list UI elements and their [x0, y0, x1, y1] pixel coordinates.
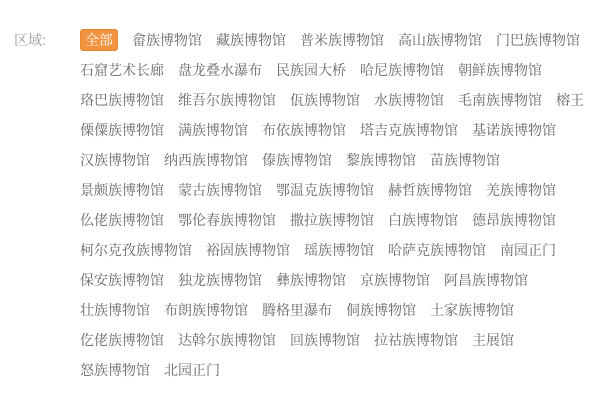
- filter-option[interactable]: 畲族博物馆: [132, 25, 202, 55]
- filter-option[interactable]: 裕固族博物馆: [206, 235, 290, 265]
- filter-option[interactable]: 布朗族博物馆: [164, 295, 248, 325]
- filter-option[interactable]: 独龙族博物馆: [178, 265, 262, 295]
- filter-option[interactable]: 哈尼族博物馆: [360, 55, 444, 85]
- filter-option[interactable]: 榕王: [556, 85, 584, 115]
- filter-option[interactable]: 拉祜族博物馆: [374, 325, 458, 355]
- filter-option[interactable]: 石窟艺术长廊: [80, 55, 164, 85]
- filter-option[interactable]: 水族博物馆: [374, 85, 444, 115]
- filter-option[interactable]: 南园正门: [500, 235, 556, 265]
- filter-option[interactable]: 侗族博物馆: [346, 295, 416, 325]
- region-filter-options: 全部畲族博物馆藏族博物馆普米族博物馆高山族博物馆门巴族博物馆石窟艺术长廊盘龙叠水…: [80, 25, 600, 385]
- filter-option[interactable]: 盘龙叠水瀑布: [178, 55, 262, 85]
- filter-option[interactable]: 柯尔克孜族博物馆: [80, 235, 192, 265]
- filter-option[interactable]: 彝族博物馆: [276, 265, 346, 295]
- filter-option[interactable]: 汉族博物馆: [80, 145, 150, 175]
- filter-option-selected[interactable]: 全部: [80, 29, 118, 51]
- filter-option[interactable]: 苗族博物馆: [430, 145, 500, 175]
- filter-option[interactable]: 藏族博物馆: [216, 25, 286, 55]
- filter-option[interactable]: 基诺族博物馆: [472, 115, 556, 145]
- filter-option[interactable]: 黎族博物馆: [346, 145, 416, 175]
- filter-option[interactable]: 保安族博物馆: [80, 265, 164, 295]
- filter-option[interactable]: 珞巴族博物馆: [80, 85, 164, 115]
- filter-option[interactable]: 蒙古族博物馆: [178, 175, 262, 205]
- filter-option[interactable]: 鄂伦春族博物馆: [178, 205, 276, 235]
- filter-option[interactable]: 布依族博物馆: [262, 115, 346, 145]
- filter-option[interactable]: 塔吉克族博物馆: [360, 115, 458, 145]
- filter-option[interactable]: 傣族博物馆: [262, 145, 332, 175]
- filter-option[interactable]: 阿昌族博物馆: [444, 265, 528, 295]
- filter-option[interactable]: 主展馆: [472, 325, 514, 355]
- filter-option[interactable]: 怒族博物馆: [80, 355, 150, 385]
- filter-option[interactable]: 北园正门: [164, 355, 220, 385]
- filter-option[interactable]: 纳西族博物馆: [164, 145, 248, 175]
- region-filter-row: 区域: 全部畲族博物馆藏族博物馆普米族博物馆高山族博物馆门巴族博物馆石窟艺术长廊…: [0, 0, 600, 385]
- filter-option[interactable]: 朝鲜族博物馆: [458, 55, 542, 85]
- filter-option[interactable]: 维吾尔族博物馆: [178, 85, 276, 115]
- filter-option[interactable]: 高山族博物馆: [398, 25, 482, 55]
- filter-option[interactable]: 仫佬族博物馆: [80, 205, 164, 235]
- filter-option[interactable]: 满族博物馆: [178, 115, 248, 145]
- filter-option[interactable]: 瑶族博物馆: [304, 235, 374, 265]
- filter-option[interactable]: 京族博物馆: [360, 265, 430, 295]
- filter-option[interactable]: 白族博物馆: [388, 205, 458, 235]
- filter-option[interactable]: 德昂族博物馆: [472, 205, 556, 235]
- filter-option[interactable]: 哈萨克族博物馆: [388, 235, 486, 265]
- filter-option[interactable]: 撒拉族博物馆: [290, 205, 374, 235]
- filter-option[interactable]: 佤族博物馆: [290, 85, 360, 115]
- filter-option[interactable]: 民族园大桥: [276, 55, 346, 85]
- filter-option[interactable]: 门巴族博物馆: [496, 25, 580, 55]
- filter-option[interactable]: 赫哲族博物馆: [388, 175, 472, 205]
- filter-option[interactable]: 普米族博物馆: [300, 25, 384, 55]
- filter-option[interactable]: 回族博物馆: [290, 325, 360, 355]
- filter-option[interactable]: 毛南族博物馆: [458, 85, 542, 115]
- filter-option[interactable]: 景颇族博物馆: [80, 175, 164, 205]
- filter-option[interactable]: 仡佬族博物馆: [80, 325, 164, 355]
- filter-option[interactable]: 土家族博物馆: [430, 295, 514, 325]
- filter-option[interactable]: 腾格里瀑布: [262, 295, 332, 325]
- filter-option[interactable]: 壮族博物馆: [80, 295, 150, 325]
- filter-option[interactable]: 鄂温克族博物馆: [276, 175, 374, 205]
- filter-option[interactable]: 达斡尔族博物馆: [178, 325, 276, 355]
- region-filter-label: 区域:: [14, 25, 80, 55]
- filter-option[interactable]: 羌族博物馆: [486, 175, 556, 205]
- filter-option[interactable]: 傈僳族博物馆: [80, 115, 164, 145]
